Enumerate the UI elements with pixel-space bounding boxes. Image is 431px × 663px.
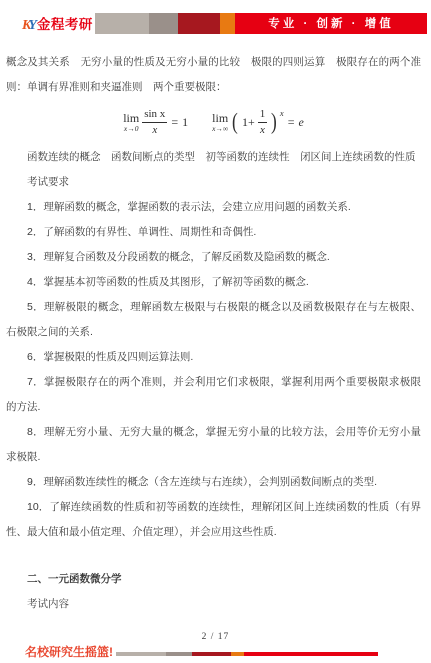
requirement-item-10: 10．了解连续函数的性质和初等函数的连续性，理解闭区间上连续函数的性质（有界性、… (6, 495, 421, 545)
banner-segment-darkred (178, 13, 220, 34)
document-body: 概念及其关系 无穷小量的性质及无穷小量的比较 极限的四则运算 极限存在的两个准则… (6, 50, 421, 617)
banner-segment-red: 专业 · 创新 · 增值 (235, 13, 427, 34)
page-header: KY 金程考研 专业 · 创新 · 增值 (22, 12, 427, 34)
label-exam-requirements: 考试要求 (6, 170, 421, 195)
banner-segment-lightgray (95, 13, 149, 34)
banner-segment-orange (220, 13, 235, 34)
footer-bar-segment-darkred (192, 652, 231, 656)
requirement-item-2: 2．了解函数的有界性、单调性、周期性和奇偶性. (6, 220, 421, 245)
requirement-item-8: 8．理解无穷小量、无穷大量的概念，掌握无穷小量的比较方法，会用等价无穷小量求极限… (6, 420, 421, 470)
header-banner: 专业 · 创新 · 增值 (95, 13, 427, 34)
footer-bar-segment-lightgray (116, 652, 166, 656)
requirement-item-4: 4．掌握基本初等函数的性质及其图形，了解初等函数的概念. (6, 270, 421, 295)
requirement-item-9: 9．理解函数连续性的概念（含左连续与右连续），会判别函数间断点的类型. (6, 470, 421, 495)
requirement-item-7: 7．掌握极限存在的两个准则，并会利用它们求极限，掌握利用两个重要极限求极限的方法… (6, 370, 421, 420)
exponent-x: x (280, 108, 284, 118)
formula-second-important-limit: lim x→∞ ( 1+ 1 x ) x = e (212, 108, 304, 136)
brand-name: 金程考研 (37, 13, 93, 33)
limit-operator: lim x→0 (123, 112, 139, 133)
page-number: 2 / 17 (0, 631, 431, 644)
label-exam-content: 考试内容 (6, 592, 421, 617)
equals-sign: = (171, 115, 178, 130)
footer-bar-segment-red (244, 652, 378, 656)
brand-logo: KY 金程考研 (22, 13, 93, 34)
ky-monogram-icon: KY (22, 18, 37, 34)
footer-bar (116, 652, 378, 656)
banner-segment-gray (149, 13, 178, 34)
requirement-item-1: 1．理解函数的概念，掌握函数的表示法，会建立应用问题的函数关系. (6, 195, 421, 220)
banner-slogan: 专业 · 创新 · 增值 (268, 15, 393, 31)
footer-slogan: 名校研究生摇篮! (25, 645, 113, 660)
limit-operator: lim x→∞ (212, 112, 228, 133)
footer-row: 名校研究生摇篮! (0, 644, 431, 660)
formula-result: 1 (182, 115, 188, 130)
equals-sign: = (288, 115, 295, 130)
page-footer: 2 / 17 名校研究生摇篮! (0, 631, 431, 660)
requirement-item-5: 5．理解极限的概念，理解函数左极限与右极限的概念以及函数极限存在与左极限、右极限… (6, 295, 421, 345)
section-heading-differential-calculus: 二、一元函数微分学 (6, 567, 421, 592)
close-paren: ) (271, 112, 277, 133)
formula-result: e (298, 115, 303, 130)
document-page: KY 金程考研 专业 · 创新 · 增值 概念及其关系 无穷小量的性质及无穷小量… (0, 0, 431, 663)
paragraph-continuity-topics: 函数连续的概念 函数间断点的类型 初等函数的连续性 闭区间上连续函数的性质 (6, 145, 421, 170)
monogram-y: Y (28, 18, 37, 33)
fraction-one-over-x: 1 x (258, 108, 268, 136)
requirement-item-6: 6．掌握极限的性质及四则运算法则. (6, 345, 421, 370)
open-paren: ( (232, 112, 238, 133)
fraction-sinx-over-x: sin x x (142, 108, 167, 136)
paragraph-exam-topics: 概念及其关系 无穷小量的性质及无穷小量的比较 极限的四则运算 极限存在的两个准则… (6, 50, 421, 100)
footer-bar-segment-gray (166, 652, 192, 656)
formula-first-important-limit: lim x→0 sin x x = 1 (123, 108, 188, 136)
footer-bar-segment-orange (231, 652, 244, 656)
one-plus: 1+ (242, 115, 255, 130)
requirement-item-3: 3．理解复合函数及分段函数的概念，了解反函数及隐函数的概念. (6, 245, 421, 270)
formula-row: lim x→0 sin x x = 1 lim x→∞ ( 1+ 1 (6, 100, 421, 145)
